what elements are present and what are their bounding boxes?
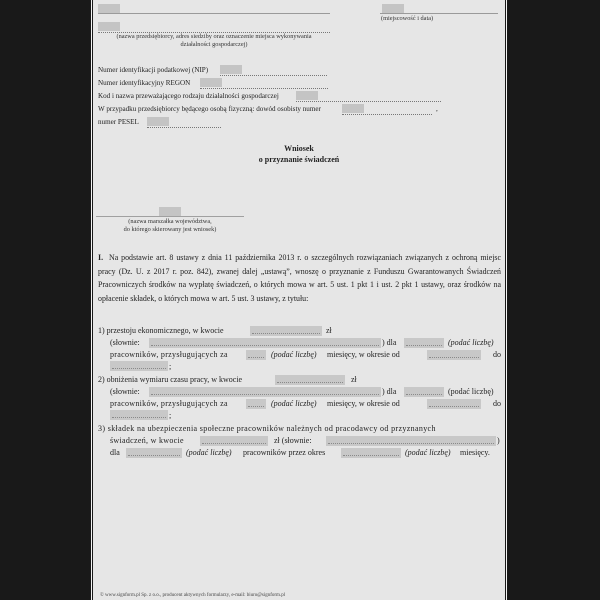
item-3-line-1: 3) składek na ubezpieczenia społeczne pr… bbox=[98, 424, 436, 434]
place-date-underline bbox=[380, 13, 498, 14]
item-3-count-field[interactable] bbox=[126, 448, 182, 458]
regon-field[interactable] bbox=[200, 78, 222, 87]
place-date-caption: (miejscowość i data) bbox=[381, 15, 433, 23]
item-3-line2-c: ) bbox=[497, 436, 500, 446]
recipient-caption-line1: (nazwa marszałka województwa, bbox=[96, 218, 244, 226]
item-2-to-text: do bbox=[493, 399, 501, 409]
item-1-employees-text: pracowników, przysługujących za bbox=[110, 350, 228, 360]
item-2-employees-text: pracowników, przysługujących za bbox=[110, 399, 228, 409]
item-2-to-field[interactable] bbox=[110, 410, 168, 420]
item-3-line2-b: zł (słownie: bbox=[274, 436, 312, 446]
item-1-line-1: 1) przestoju ekonomicznego, w kwocie bbox=[98, 326, 224, 336]
item-3-line3-b: pracowników przez okres bbox=[243, 448, 325, 458]
document-page: (nazwa przedsiębiorcy, adres siedziby or… bbox=[93, 0, 505, 600]
document-title: Wniosek o przyznanie świadczeń bbox=[93, 143, 505, 165]
item-3-line3-c: miesięcy. bbox=[460, 448, 490, 458]
item-3-months-hint: (podać liczbę) bbox=[405, 448, 451, 458]
pkd-field[interactable] bbox=[296, 91, 318, 100]
item-2-words-open: (słownie: bbox=[110, 387, 140, 397]
item-2-currency: zł bbox=[351, 375, 357, 385]
nip-underline bbox=[220, 75, 327, 76]
item-1-words-field[interactable] bbox=[149, 338, 381, 348]
id-card-underline bbox=[342, 114, 432, 115]
item-3-amount-field[interactable] bbox=[200, 436, 268, 446]
regon-label: Numer identyfikacyjny REGON bbox=[98, 79, 190, 88]
nip-label: Numer identyfikacji podatkowej (NIP) bbox=[98, 66, 208, 75]
item-2-count-hint: (podać liczbę) bbox=[448, 387, 494, 397]
recipient-caption-line2: do którego skierowany jest wniosek) bbox=[96, 226, 244, 234]
section-1-paragraph: I. Na podstawie art. 8 ustawy z dnia 11 … bbox=[98, 251, 501, 305]
regon-underline bbox=[200, 88, 328, 89]
id-card-suffix: , bbox=[436, 105, 438, 114]
id-card-label: W przypadku przedsiębiorcy będącego osob… bbox=[98, 105, 321, 114]
item-1-words-close: ) dla bbox=[382, 338, 396, 348]
item-1-currency: zł bbox=[326, 326, 332, 336]
item-1-number: 1) bbox=[98, 326, 105, 335]
item-1-to-field[interactable] bbox=[110, 361, 168, 371]
item-1-count-field[interactable] bbox=[404, 338, 444, 348]
item-2-months-field[interactable] bbox=[246, 399, 266, 409]
id-card-field[interactable] bbox=[342, 104, 364, 113]
item-2-words-close: ) dla bbox=[382, 387, 396, 397]
item-2-months-text: miesięcy, w okresie od bbox=[327, 399, 400, 409]
item-3-words-field[interactable] bbox=[326, 436, 496, 446]
pkd-label: Kod i nazwa przeważającego rodzaju dział… bbox=[98, 92, 279, 101]
recipient-field[interactable] bbox=[159, 207, 181, 216]
item-2-end: ; bbox=[169, 411, 171, 421]
place-date-field[interactable] bbox=[382, 4, 404, 13]
item-2-words-field[interactable] bbox=[149, 387, 381, 397]
company-caption: (nazwa przedsiębiorcy, adres siedziby or… bbox=[98, 33, 330, 49]
pesel-underline bbox=[147, 127, 221, 128]
item-1-amount-field[interactable] bbox=[250, 326, 322, 336]
item-3-number: 3) bbox=[98, 424, 105, 433]
document-title-line2: o przyznanie świadczeń bbox=[93, 154, 505, 165]
item-1-title: przestoju ekonomicznego, w kwocie bbox=[107, 326, 224, 335]
item-3-line3-a: dla bbox=[110, 448, 120, 458]
item-1-end: ; bbox=[169, 362, 171, 372]
recipient-caption: (nazwa marszałka województwa, do którego… bbox=[96, 218, 244, 234]
item-1-from-field[interactable] bbox=[427, 350, 481, 360]
item-3-count-hint: (podać liczbę) bbox=[186, 448, 232, 458]
item-3-months-field[interactable] bbox=[341, 448, 401, 458]
item-2-title: obniżenia wymiaru czasu pracy, w kwocie bbox=[107, 375, 242, 384]
item-2-from-field[interactable] bbox=[427, 399, 481, 409]
company-name-field-1[interactable] bbox=[98, 4, 120, 13]
section-1-number: I. bbox=[98, 253, 103, 262]
item-1-count-hint: (podać liczbę) bbox=[448, 338, 494, 348]
pesel-field[interactable] bbox=[147, 117, 169, 126]
company-name-field-2[interactable] bbox=[98, 22, 120, 31]
company-name-underline-1 bbox=[98, 13, 330, 14]
document-title-line1: Wniosek bbox=[93, 143, 505, 154]
item-1-words-open: (słownie: bbox=[110, 338, 140, 348]
item-2-months-hint: (podać liczbę) bbox=[271, 399, 317, 409]
item-2-line-1: 2) obniżenia wymiaru czasu pracy, w kwoc… bbox=[98, 375, 242, 385]
item-1-to-text: do bbox=[493, 350, 501, 360]
section-1-text: Na podstawie art. 8 ustawy z dnia 11 paź… bbox=[98, 253, 501, 303]
item-1-months-hint: (podać liczbę) bbox=[271, 350, 317, 360]
item-1-months-text: miesięcy, w okresie od bbox=[327, 350, 400, 360]
item-3-line2-a: świadczeń, w kwocie bbox=[110, 436, 184, 446]
item-2-amount-field[interactable] bbox=[275, 375, 345, 385]
page-edge-left bbox=[91, 0, 92, 600]
company-caption-line1: (nazwa przedsiębiorcy, adres siedziby or… bbox=[98, 33, 330, 41]
nip-field[interactable] bbox=[220, 65, 242, 74]
footer-copyright: © www.signform.pl Sp. z o.o., producent … bbox=[100, 593, 285, 598]
item-3-line1-text: składek na ubezpieczenia społeczne praco… bbox=[108, 424, 436, 433]
item-1-months-field[interactable] bbox=[246, 350, 266, 360]
pesel-label: numer PESEL bbox=[98, 118, 139, 127]
pkd-underline bbox=[296, 101, 441, 102]
page-edge-right bbox=[506, 0, 507, 600]
recipient-underline bbox=[96, 216, 244, 217]
item-2-number: 2) bbox=[98, 375, 105, 384]
company-caption-line2: działalności gospodarczej) bbox=[98, 41, 330, 49]
item-2-count-field[interactable] bbox=[404, 387, 444, 397]
